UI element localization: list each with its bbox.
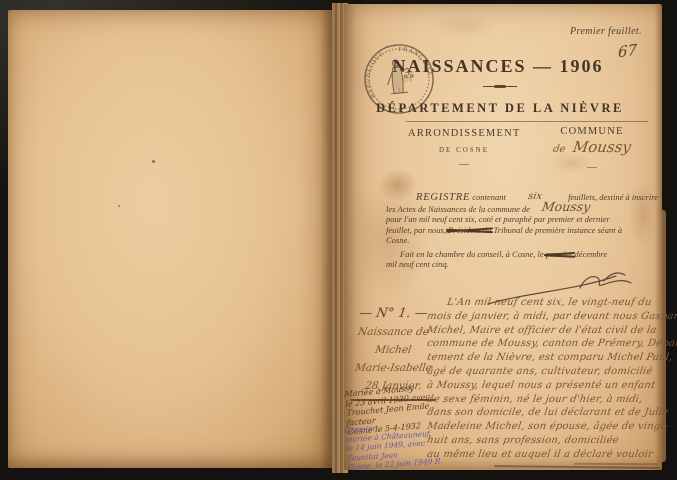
column-dash: —	[408, 159, 520, 170]
registre-line4-a: feuillet, par nous,	[386, 225, 446, 235]
act-text-line: à Moussy, lequel nous a présenté un enfa…	[426, 379, 664, 393]
register-line-5: Cosne.	[386, 235, 652, 245]
arrondissement-value: DE COSNE	[408, 146, 520, 154]
act-text-line: dans son domicile, de lui déclarant et d…	[426, 406, 664, 420]
act-text-line: mois de janvier, à midi, par devant nous…	[426, 310, 664, 324]
struck-word-president: Président du	[448, 225, 491, 235]
margin-title-line: Marie-Isabelle	[353, 361, 432, 376]
act-text-line: Madeleine Michel, son épouse, âgée de vi…	[426, 420, 664, 434]
struck-word-premier: premier	[546, 249, 573, 259]
register-line-4: feuillet, par nous, Président du Tribuna…	[386, 225, 652, 235]
registre-line2-text: les Actes de Naissances de la commune de	[386, 204, 530, 214]
paper-stain	[432, 12, 496, 38]
department-heading: DÉPARTEMENT DE LA NIÈVRE	[344, 101, 656, 116]
right-page-register: Premier feuillet. 67 RÉPUBLIQUE FRANÇAIS…	[344, 4, 662, 470]
act-text-line: tement de la Nièvre, est comparu Michel …	[426, 351, 664, 365]
stamp-denomination: 2,75	[402, 77, 412, 84]
column-dash: —	[536, 162, 648, 173]
register-line-1: REGISTRE contenant six feuillets, destin…	[386, 192, 652, 203]
page-stack-edge	[494, 465, 660, 469]
act-number: — N° 1. —	[357, 306, 428, 321]
paper-speck	[118, 205, 120, 207]
photo-background: Premier feuillet. 67 RÉPUBLIQUE FRANÇAIS…	[0, 0, 677, 480]
registre-line4-b: Tribunal de première instance séant à	[493, 225, 622, 235]
margin-title-line: Michel	[374, 343, 413, 358]
commune-prefix-handwritten: de	[552, 144, 566, 155]
act-text-line: Michel, Maire et officier de l'état civi…	[426, 324, 664, 338]
title-ornament	[483, 86, 517, 87]
act-text-line: huit ans, sans profession, domiciliée	[426, 434, 664, 448]
folio-note: Premier feuillet.	[570, 26, 642, 37]
act-text-line: de sexe féminin, né le jour d'hier, à mi…	[426, 393, 664, 407]
page-stack-edge	[574, 462, 658, 464]
act-text-line: âgé de quarante ans, cultivateur, domici…	[426, 365, 664, 379]
commune-column: COMMUNE de Moussy —	[536, 126, 648, 173]
act-text-line: au même lieu et auquel il a déclaré voul…	[426, 448, 664, 462]
fait-line-1: Fait en la chambre du conseil, à Cosne, …	[386, 249, 652, 259]
register-line-2: les Actes de Naissances de la commune de…	[386, 203, 652, 214]
register-title: NAISSANCES — 1906	[344, 56, 652, 77]
left-page-blank	[8, 10, 332, 468]
margin-title-line: Naissance de	[356, 325, 429, 340]
registre-contenant: contenant	[472, 192, 506, 202]
arrondissement-column: ARRONDISSEMENT DE COSNE —	[408, 128, 520, 170]
fait-text-b: décembre	[575, 249, 608, 259]
paper-speck	[152, 160, 155, 163]
register-line-3: pour l'an mil neuf cent six, coté et par…	[386, 214, 652, 224]
commune-handwritten-inline: Moussy	[541, 202, 591, 212]
act-text-line: commune de Moussy, canton de Prémery, Dé…	[426, 337, 664, 351]
horizontal-rule	[406, 121, 648, 122]
act-text-line: L'An mil neuf cent six, le vingt-neuf du	[426, 296, 664, 310]
sheet-count-handwritten: six	[527, 192, 543, 202]
register-declaration-paragraph: REGISTRE contenant six feuillets, destin…	[386, 192, 652, 269]
arrondissement-label: ARRONDISSEMENT	[408, 128, 520, 139]
commune-label: COMMUNE	[536, 126, 648, 137]
fait-text-a: Fait en la chambre du conseil, à Cosne, …	[400, 249, 544, 259]
registre-word: REGISTRE	[416, 192, 470, 203]
commune-name-handwritten: Moussy	[572, 138, 633, 156]
birth-act-handwritten-text: L'An mil neuf cent six, le vingt-neuf du…	[426, 296, 662, 462]
